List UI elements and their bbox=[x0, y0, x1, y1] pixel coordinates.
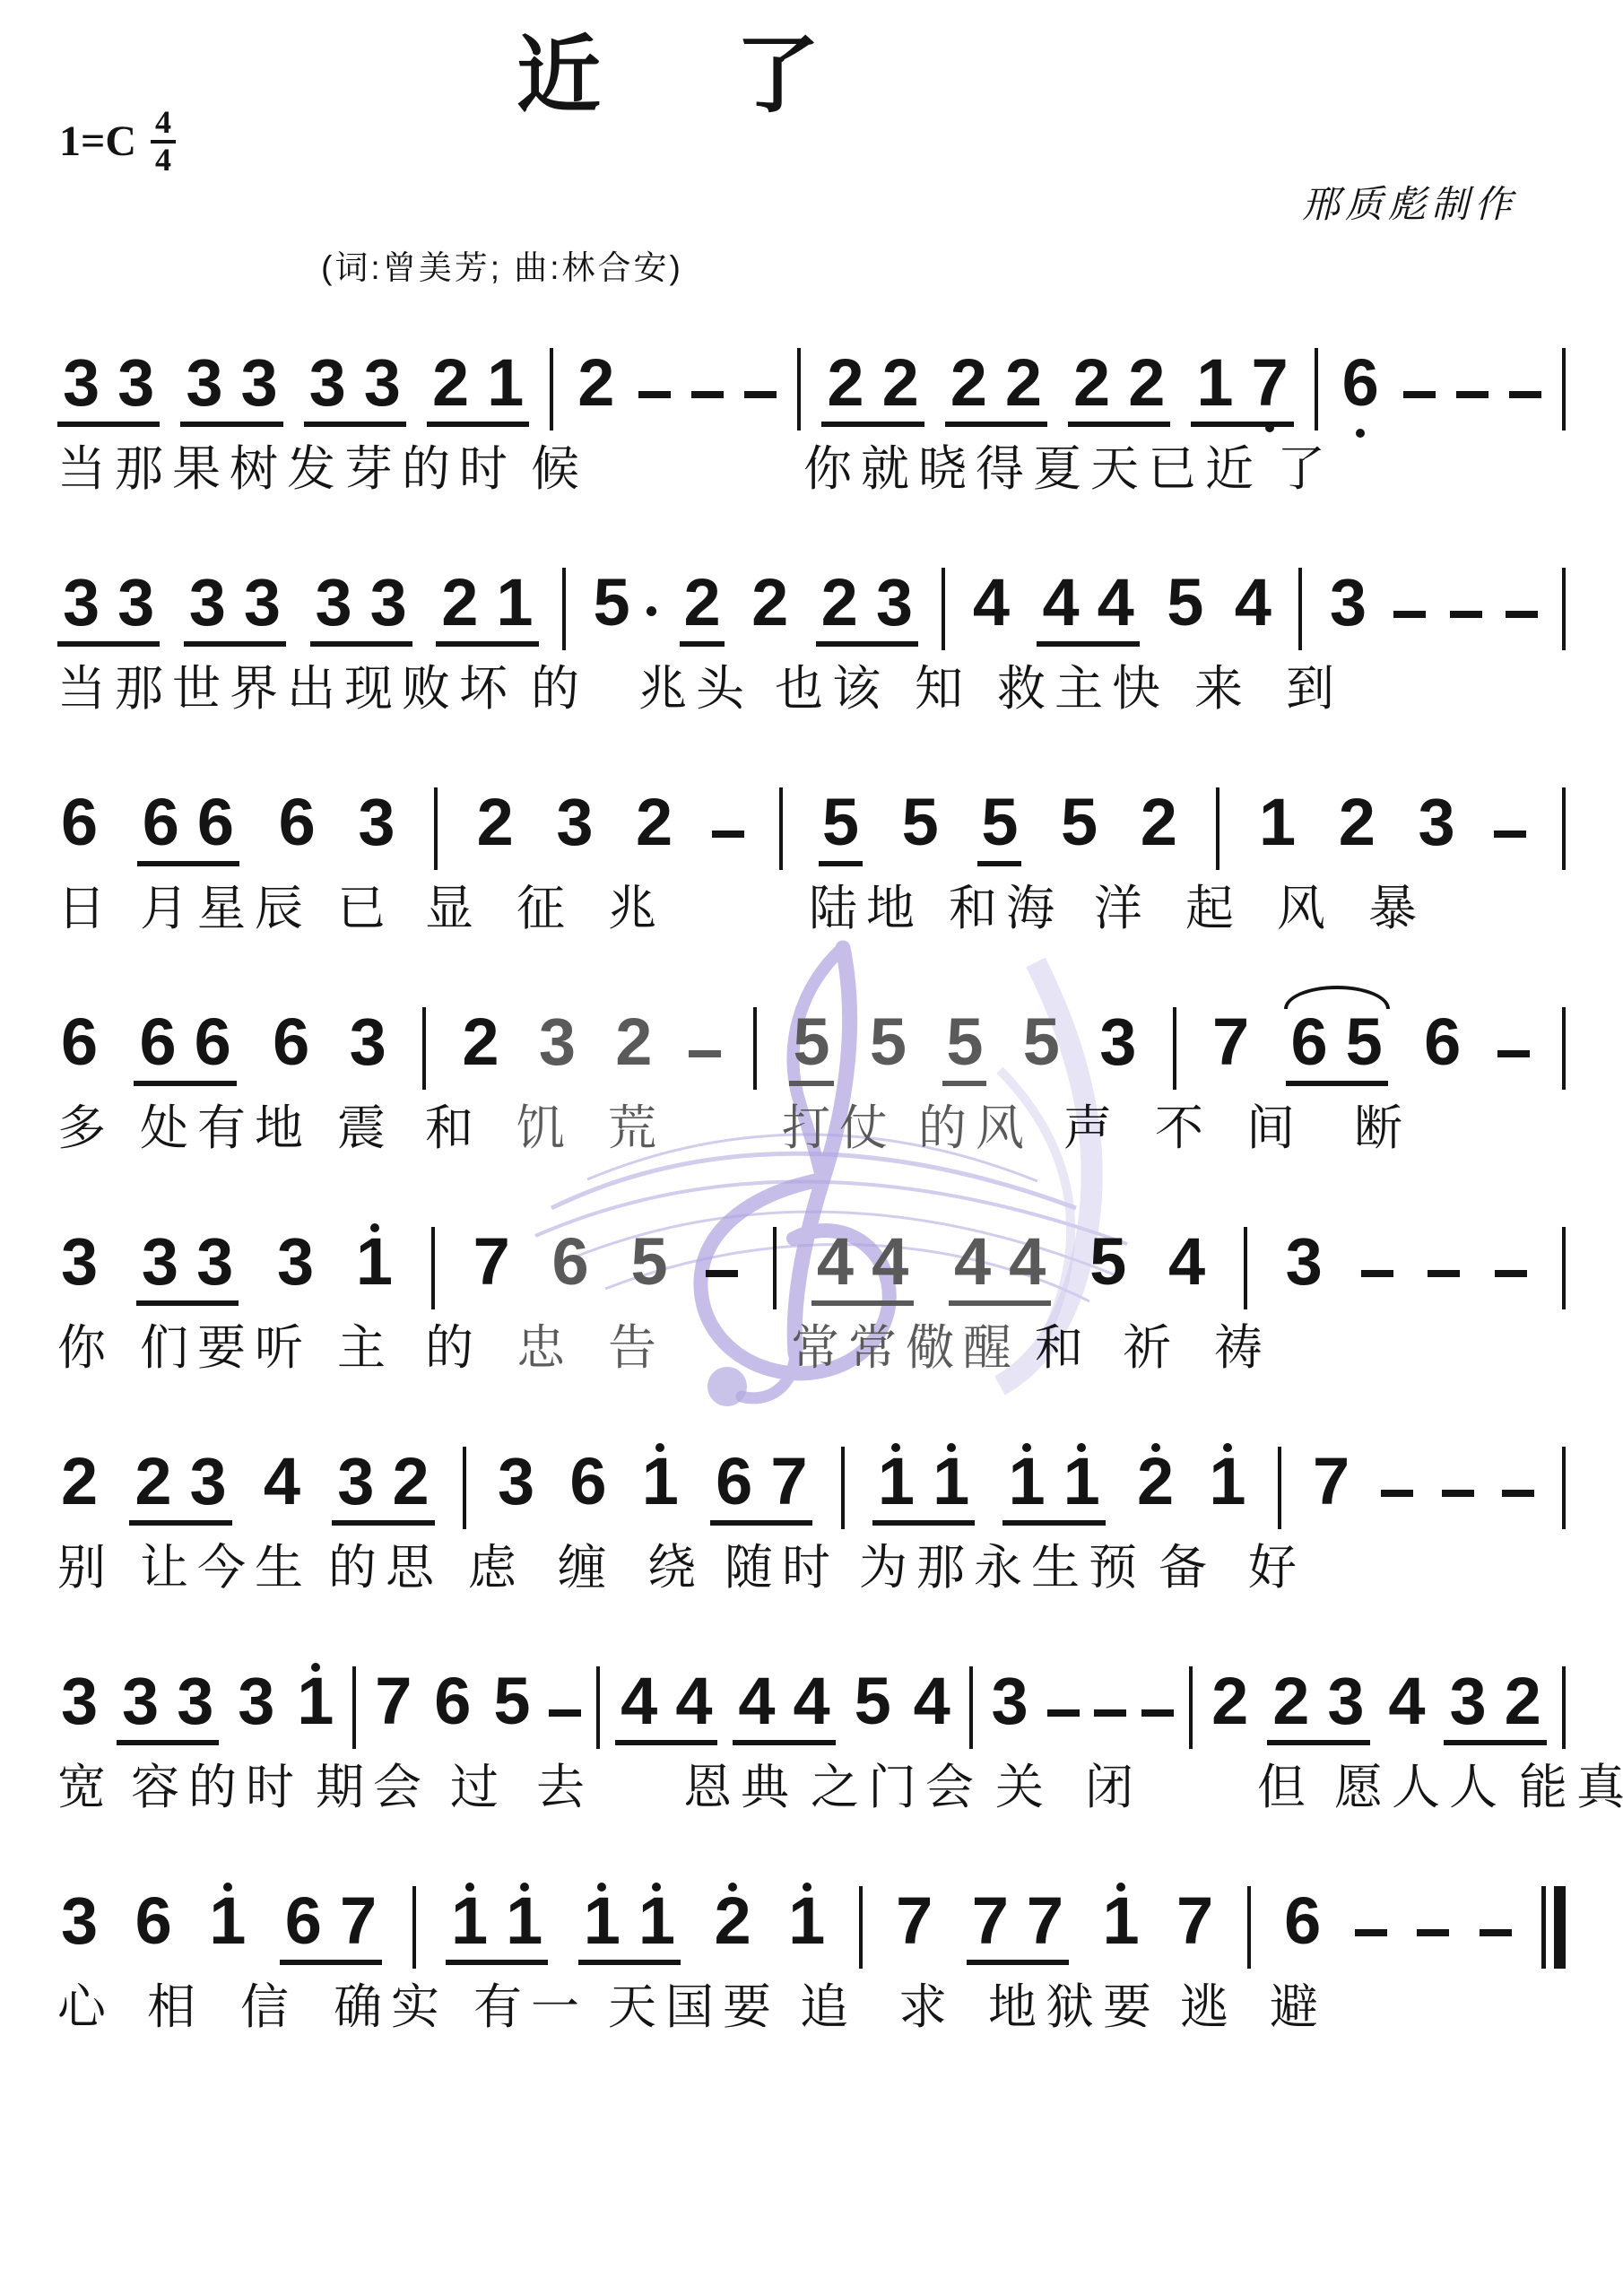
lyric-segment: 去 bbox=[536, 1758, 594, 1819]
note: 1 bbox=[486, 350, 525, 416]
beam-group: 23 bbox=[1267, 1668, 1369, 1745]
lyric-spacer bbox=[1033, 1099, 1063, 1100]
note: 3 bbox=[315, 570, 353, 636]
barline bbox=[463, 1447, 466, 1529]
note: 3 bbox=[1414, 789, 1458, 866]
arranger-credit: 邢质彪制作 bbox=[1302, 187, 1517, 224]
time-signature-top: 4 bbox=[151, 106, 176, 143]
lyric-spacer bbox=[1020, 1318, 1035, 1319]
note: 3 bbox=[535, 1009, 579, 1086]
barline bbox=[1278, 1447, 1281, 1529]
note: 3 bbox=[185, 350, 223, 416]
lyric-segment: 相 bbox=[147, 1978, 204, 2039]
octave-dot-low bbox=[1265, 423, 1274, 432]
note: 6 bbox=[57, 789, 101, 866]
beam-group: 33 bbox=[136, 1229, 239, 1306]
lyric-spacer bbox=[516, 659, 531, 660]
lyric-segment: 避 bbox=[1270, 1978, 1327, 2039]
lyric-spacer bbox=[588, 439, 803, 440]
note: 6 bbox=[132, 1888, 176, 1965]
sustain-dash bbox=[744, 391, 777, 398]
barline bbox=[969, 1666, 973, 1749]
beam-group: 22 bbox=[1068, 350, 1170, 427]
note: 6 bbox=[715, 1448, 753, 1515]
note: 1 bbox=[638, 1888, 676, 1954]
note: 3 bbox=[176, 1668, 214, 1735]
note: 2 bbox=[440, 570, 479, 636]
sustain-dash bbox=[638, 391, 671, 398]
lyric-spacer bbox=[705, 1538, 725, 1539]
note: 5 bbox=[1163, 570, 1207, 647]
lyric-segment: 期会 bbox=[316, 1758, 430, 1819]
notes-row: 6666323255552123 bbox=[57, 773, 1566, 866]
barline bbox=[1189, 1666, 1193, 1749]
note: 3 bbox=[62, 350, 100, 416]
note: 2 bbox=[391, 1448, 430, 1515]
lyric-segment: 愿人人 bbox=[1334, 1758, 1506, 1819]
lyric-segment: 风 bbox=[1277, 879, 1334, 940]
octave-dot-high bbox=[520, 1883, 529, 1892]
key-signature: 1=C 4 4 bbox=[59, 106, 176, 178]
sustain-dash bbox=[1355, 1929, 1387, 1936]
lyric-spacer bbox=[1506, 1758, 1519, 1759]
note: 7 bbox=[1251, 350, 1289, 416]
lyric-spacer bbox=[525, 1538, 558, 1539]
note: 6 bbox=[566, 1448, 610, 1526]
lyric-segment: 的 bbox=[425, 1318, 482, 1379]
barline bbox=[422, 1007, 426, 1090]
lyric-segment: 信 bbox=[240, 1978, 298, 2039]
beam-group: 21 bbox=[436, 570, 538, 647]
note: 6 bbox=[1290, 1009, 1329, 1075]
lyric-spacer bbox=[482, 1099, 516, 1100]
note: 6 bbox=[138, 1009, 177, 1075]
lyric-segment: 饥 bbox=[516, 1099, 574, 1160]
note: 2 bbox=[574, 350, 618, 427]
sustain-dash bbox=[1442, 1490, 1474, 1497]
lyric-segment: 救主快 bbox=[997, 659, 1169, 720]
note: 2 bbox=[710, 1888, 754, 1965]
lyric-segment: 你就晓得夏天已近 bbox=[803, 439, 1263, 500]
sustain-dash bbox=[1456, 391, 1488, 398]
lyric-spacer bbox=[956, 1978, 988, 1979]
lyric-segment: 恩典 bbox=[683, 1758, 798, 1819]
note: 2 bbox=[1504, 1668, 1542, 1735]
barline bbox=[1562, 1666, 1566, 1749]
note: 4 bbox=[260, 1448, 304, 1526]
note: 1 bbox=[505, 1888, 543, 1954]
lyric-segment: 的思 bbox=[328, 1538, 443, 1599]
lyric-segment: 告 bbox=[608, 1318, 665, 1379]
lyric-segment: 声 bbox=[1063, 1099, 1121, 1160]
note: 1 bbox=[1063, 1448, 1101, 1515]
score-line-8: 36167111121777176心相信确实有一天国要追求地狱要逃避 bbox=[57, 1872, 1566, 2092]
note: 1 bbox=[1195, 350, 1234, 416]
lyric-spacer bbox=[1169, 659, 1194, 660]
lyric-segment: 候 bbox=[531, 439, 588, 500]
note: 2 bbox=[431, 350, 470, 416]
note: 5 bbox=[1057, 789, 1101, 866]
note: 2 bbox=[950, 350, 988, 416]
sustain-dash bbox=[1381, 1490, 1413, 1497]
octave-dot-high bbox=[652, 1883, 661, 1892]
note: 7 bbox=[371, 1668, 415, 1745]
note: 3 bbox=[57, 1668, 101, 1745]
note: 5 bbox=[977, 789, 1021, 866]
beam-group: 67 bbox=[280, 1888, 382, 1965]
note: 6 bbox=[275, 789, 319, 866]
score-line-5: 333317654444543你们要听主的忠告常常儆醒和祈祷 bbox=[57, 1213, 1566, 1432]
lyric-segment: 求 bbox=[898, 1978, 956, 2039]
lyric-spacer bbox=[1252, 659, 1286, 660]
lyric-spacer bbox=[443, 1538, 468, 1539]
note: 3 bbox=[62, 570, 100, 636]
note: 3 bbox=[195, 1229, 234, 1295]
lyric-segment: 当那果树发芽的时 bbox=[57, 439, 516, 500]
lyric-spacer bbox=[312, 1538, 328, 1539]
lyrics-row: 多处有地震和饥荒打仗的风声不间断 bbox=[57, 1099, 1566, 1160]
octave-dot-high bbox=[465, 1883, 474, 1892]
lyric-spacer bbox=[1053, 1758, 1085, 1759]
lyric-segment: 确实 bbox=[334, 1978, 448, 2039]
beam-group: 23 bbox=[816, 570, 918, 647]
note: 3 bbox=[552, 789, 596, 866]
lyric-segment: 断 bbox=[1354, 1099, 1411, 1160]
lyric-spacer bbox=[395, 879, 425, 880]
note: 3 bbox=[369, 570, 408, 636]
note: 7 bbox=[1173, 1888, 1217, 1965]
lyric-segment: 来 bbox=[1194, 659, 1252, 720]
beam-group: 33 bbox=[57, 570, 160, 647]
note: 6 bbox=[196, 789, 235, 856]
barline bbox=[942, 568, 945, 650]
sustain-dash bbox=[1480, 1929, 1512, 1936]
beam-group: 65 bbox=[1286, 1009, 1388, 1086]
notes-row: 333317654444543223432 bbox=[57, 1652, 1566, 1745]
sustain-dash bbox=[691, 391, 724, 398]
barline bbox=[1298, 568, 1302, 650]
barline bbox=[1562, 1227, 1566, 1309]
note: 2 bbox=[1208, 1668, 1252, 1745]
note: 3 bbox=[121, 1668, 160, 1735]
note: 6 bbox=[142, 789, 180, 856]
lyric-segment: 到 bbox=[1286, 659, 1343, 720]
lyric-segment: 当那世界出现败坏 bbox=[57, 659, 516, 720]
barline bbox=[1562, 1447, 1566, 1529]
notes-row: 223432361671111217 bbox=[57, 1432, 1566, 1526]
note: 6 bbox=[1420, 1009, 1464, 1086]
lyric-spacer bbox=[115, 879, 140, 880]
lyric-segment: 洋 bbox=[1094, 879, 1151, 940]
note: 3 bbox=[57, 1888, 101, 1965]
lyrics-row: 当那世界出现败坏的兆头也该知救主快来到 bbox=[57, 659, 1566, 720]
barline bbox=[1216, 787, 1219, 870]
note: 4 bbox=[1165, 1229, 1209, 1306]
lyric-spacer bbox=[115, 1318, 140, 1319]
lyric-spacer bbox=[448, 1978, 473, 1979]
note: 1 bbox=[583, 1888, 621, 1954]
lyric-segment: 但 bbox=[1257, 1758, 1315, 1819]
note: 4 bbox=[953, 1229, 992, 1295]
lyric-segment: 显 bbox=[425, 879, 482, 940]
lyric-spacer bbox=[482, 1318, 516, 1319]
lyric-spacer bbox=[395, 1318, 425, 1319]
barline bbox=[1562, 787, 1566, 870]
lyric-spacer bbox=[890, 659, 915, 660]
octave-dot-high bbox=[597, 1883, 606, 1892]
note: 4 bbox=[1384, 1668, 1428, 1745]
beam-group: 17 bbox=[1191, 350, 1293, 427]
sustain-dash bbox=[549, 1709, 581, 1717]
beam-group: 11 bbox=[1002, 1448, 1105, 1526]
note: 7 bbox=[1026, 1888, 1064, 1954]
beam-group: 11 bbox=[446, 1888, 548, 1965]
octave-dot-high bbox=[223, 1883, 232, 1892]
note: 4 bbox=[816, 1229, 855, 1295]
note: 1 bbox=[1098, 1888, 1142, 1965]
lyric-segment: 荒 bbox=[608, 1099, 665, 1160]
lyric-segment: 陆地 bbox=[809, 879, 924, 940]
beam-group: 44 bbox=[1037, 570, 1139, 647]
lyric-spacer bbox=[588, 659, 638, 660]
note: 3 bbox=[1096, 1009, 1140, 1086]
sustain-dash bbox=[706, 1270, 738, 1277]
lyric-segment: 暴 bbox=[1368, 879, 1426, 940]
lyric-segment: 好 bbox=[1248, 1538, 1306, 1599]
octave-dot-high bbox=[803, 1883, 811, 1892]
lyric-segment: 你 bbox=[57, 1318, 115, 1379]
note: 4 bbox=[620, 1668, 658, 1735]
lyric-segment: 忠 bbox=[516, 1318, 574, 1379]
note: 2 bbox=[680, 570, 724, 647]
notes-row: 3333332152223444543 bbox=[57, 553, 1566, 647]
note: 3 bbox=[1282, 1229, 1326, 1306]
barline bbox=[412, 1886, 416, 1969]
notes-row: 333317654444543 bbox=[57, 1213, 1566, 1306]
note: 3 bbox=[117, 350, 155, 416]
beam-group: 11 bbox=[578, 1888, 681, 1965]
note: 2 bbox=[1137, 789, 1181, 866]
note: 1 bbox=[1255, 789, 1299, 866]
lyric-segment: 为那永生预 bbox=[859, 1538, 1146, 1599]
lyric-spacer bbox=[983, 1758, 995, 1759]
lyric-segment: 起 bbox=[1185, 879, 1243, 940]
sustain-dash bbox=[1403, 391, 1436, 398]
lyrics-row: 别让今生的思虑缠绕随时为那永生预备好 bbox=[57, 1538, 1566, 1599]
lyric-spacer bbox=[204, 1978, 240, 1979]
note: 2 bbox=[1127, 350, 1166, 416]
barline bbox=[753, 1007, 757, 1090]
beam-group: 66 bbox=[137, 789, 239, 866]
lyric-segment: 让今生 bbox=[140, 1538, 312, 1599]
lyric-segment: 和 bbox=[1035, 1318, 1092, 1379]
lyric-spacer bbox=[298, 1978, 334, 1979]
note: 4 bbox=[969, 570, 1013, 647]
note: 2 bbox=[826, 350, 864, 416]
notes-row: 36167111121777176 bbox=[57, 1872, 1566, 1965]
beam-group: 33 bbox=[184, 570, 286, 647]
beam-group: 44 bbox=[615, 1668, 717, 1745]
score-line-1: 333333212222222176当那果树发芽的时候你就晓得夏天已近了 bbox=[57, 334, 1566, 553]
lyric-spacer bbox=[1315, 1758, 1334, 1759]
sustain-dash bbox=[1047, 1709, 1080, 1717]
lyric-segment: 兆头 bbox=[638, 659, 753, 720]
lyric-spacer bbox=[1151, 879, 1185, 880]
sustain-dash bbox=[1509, 391, 1541, 398]
beam-group: 44 bbox=[949, 1229, 1051, 1306]
barline bbox=[434, 787, 438, 870]
note: 5 bbox=[866, 1009, 910, 1086]
lyric-spacer bbox=[1237, 1978, 1270, 1979]
note: 6 bbox=[430, 1668, 474, 1745]
note: 3 bbox=[346, 1009, 390, 1086]
score-line-3: 6666323255552123日月星辰已显征兆陆地和海洋起风暴 bbox=[57, 773, 1566, 993]
beam-group: 44 bbox=[811, 1229, 914, 1306]
barline bbox=[859, 1886, 863, 1969]
lyric-spacer bbox=[115, 1978, 147, 1979]
note: 5 bbox=[851, 1668, 895, 1745]
lyric-segment: 征 bbox=[516, 879, 574, 940]
octave-dot-low bbox=[1356, 429, 1365, 438]
sustain-dash bbox=[1497, 1050, 1530, 1057]
note: 3 bbox=[363, 350, 402, 416]
lyric-segment: 月星辰 bbox=[140, 879, 312, 940]
sustain-dash bbox=[1494, 831, 1526, 838]
octave-dot-high bbox=[1223, 1443, 1232, 1452]
time-signature: 4 4 bbox=[151, 106, 176, 178]
barline bbox=[562, 568, 566, 650]
lyric-segment: 和 bbox=[425, 1099, 482, 1160]
barline bbox=[431, 1227, 435, 1309]
lyrics-row: 日月星辰已显征兆陆地和海洋起风暴 bbox=[57, 879, 1566, 940]
lyric-segment: 打仗 bbox=[782, 1099, 897, 1160]
beam-group: 67 bbox=[710, 1448, 812, 1526]
note: 3 bbox=[117, 570, 155, 636]
note: 2 bbox=[1335, 789, 1379, 866]
lyric-spacer bbox=[665, 1318, 791, 1319]
sustain-dash bbox=[1450, 611, 1482, 618]
lyric-spacer bbox=[839, 1538, 859, 1539]
note: 3 bbox=[875, 570, 914, 636]
note: 2 bbox=[612, 1009, 655, 1086]
note: 4 bbox=[1231, 570, 1275, 647]
lyric-spacer bbox=[1146, 1538, 1159, 1539]
barline bbox=[550, 348, 553, 430]
lyric-spacer bbox=[1160, 1978, 1180, 1979]
barline bbox=[1562, 1007, 1566, 1090]
note: 2 bbox=[57, 1448, 101, 1526]
notes-row: 66663232555537656 bbox=[57, 993, 1566, 1086]
lyric-spacer bbox=[1121, 1099, 1155, 1100]
octave-dot-high bbox=[1151, 1443, 1160, 1452]
sustain-dash bbox=[689, 1050, 721, 1057]
note: 3 bbox=[141, 1229, 179, 1295]
note: 1 bbox=[638, 1448, 682, 1526]
score-line-6: 223432361671111217别让今生的思虑缠绕随时为那永生预备好 bbox=[57, 1432, 1566, 1652]
barline bbox=[1562, 568, 1566, 650]
barline bbox=[596, 1666, 600, 1749]
lyric-spacer bbox=[1243, 879, 1277, 880]
lyric-spacer bbox=[1216, 1538, 1248, 1539]
note: 3 bbox=[494, 1448, 538, 1526]
lyrics-row: 宽容的时期会过去恩典之门会关闭但愿人人能真 bbox=[57, 1758, 1566, 1819]
note: 1 bbox=[932, 1448, 970, 1515]
lyric-spacer bbox=[1180, 1318, 1214, 1319]
note: 1 bbox=[205, 1888, 249, 1965]
lyric-spacer bbox=[753, 659, 775, 660]
lyric-segment: 了 bbox=[1277, 439, 1334, 500]
lyric-segment: 能真 bbox=[1519, 1758, 1623, 1819]
lyric-segment: 天国要 bbox=[608, 1978, 780, 2039]
lyric-spacer bbox=[1142, 1758, 1257, 1759]
note: 1 bbox=[450, 1888, 489, 1954]
lyric-spacer bbox=[798, 1758, 811, 1759]
note: 5 bbox=[942, 1009, 986, 1086]
final-barline bbox=[1541, 1886, 1566, 1969]
note: 5 bbox=[627, 1229, 671, 1306]
lyricist-composer-credit: (词:曾美芳; 曲:林合安) bbox=[0, 251, 1004, 284]
sustain-dash bbox=[1417, 1929, 1449, 1936]
lyric-spacer bbox=[1212, 1099, 1246, 1100]
note: 5 bbox=[589, 570, 633, 647]
beam-group: 33 bbox=[117, 1668, 219, 1745]
note: 7 bbox=[1309, 1448, 1353, 1526]
note: 2 bbox=[458, 1009, 502, 1086]
lyric-segment: 主 bbox=[337, 1318, 395, 1379]
octave-dot-high bbox=[947, 1443, 956, 1452]
barline bbox=[1315, 348, 1318, 430]
note: 3 bbox=[234, 1668, 278, 1745]
lyrics-row: 心相信确实有一天国要追求地狱要逃避 bbox=[57, 1978, 1566, 2039]
lyric-segment: 备 bbox=[1159, 1538, 1216, 1599]
barline bbox=[1562, 348, 1566, 430]
octave-dot-high bbox=[655, 1443, 664, 1452]
lyric-segment: 处有地 bbox=[140, 1099, 312, 1160]
key-label: 1=C bbox=[59, 120, 136, 163]
lyric-spacer bbox=[615, 1538, 647, 1539]
note: 4 bbox=[1008, 1229, 1046, 1295]
title-char-1: 近 bbox=[516, 34, 601, 118]
jianpu-score: 333333212222222176当那果树发芽的时候你就晓得夏天已近了3333… bbox=[57, 334, 1566, 2092]
beam-group: 33 bbox=[57, 350, 160, 427]
note: 1 bbox=[495, 570, 534, 636]
note: 4 bbox=[674, 1668, 713, 1735]
lyric-segment: 已 bbox=[337, 879, 395, 940]
score-line-2: 3333332152223444543当那世界出现败坏的兆头也该知救主快来到 bbox=[57, 553, 1566, 773]
lyric-segment: 不 bbox=[1155, 1099, 1212, 1160]
lyric-spacer bbox=[303, 1758, 316, 1759]
note: 3 bbox=[239, 350, 278, 416]
lyric-spacer bbox=[972, 659, 997, 660]
beam-group: 21 bbox=[427, 350, 529, 427]
note: 4 bbox=[1041, 570, 1080, 636]
note: 4 bbox=[793, 1668, 831, 1735]
note: 2 bbox=[632, 789, 676, 866]
note: 6 bbox=[1339, 350, 1383, 427]
note: 6 bbox=[194, 1009, 232, 1075]
lyric-segment: 缠 bbox=[558, 1538, 615, 1599]
note: 3 bbox=[336, 1448, 375, 1515]
lyric-segment: 祈 bbox=[1123, 1318, 1180, 1379]
augmentation-dot bbox=[647, 606, 656, 616]
note: 6 bbox=[269, 1009, 313, 1086]
note: 6 bbox=[549, 1229, 593, 1306]
sustain-dash bbox=[1495, 1270, 1527, 1277]
note: 3 bbox=[354, 789, 398, 866]
barline bbox=[1244, 1227, 1247, 1309]
lyric-segment: 有一 bbox=[473, 1978, 588, 2039]
lyric-segment: 绕 bbox=[647, 1538, 705, 1599]
